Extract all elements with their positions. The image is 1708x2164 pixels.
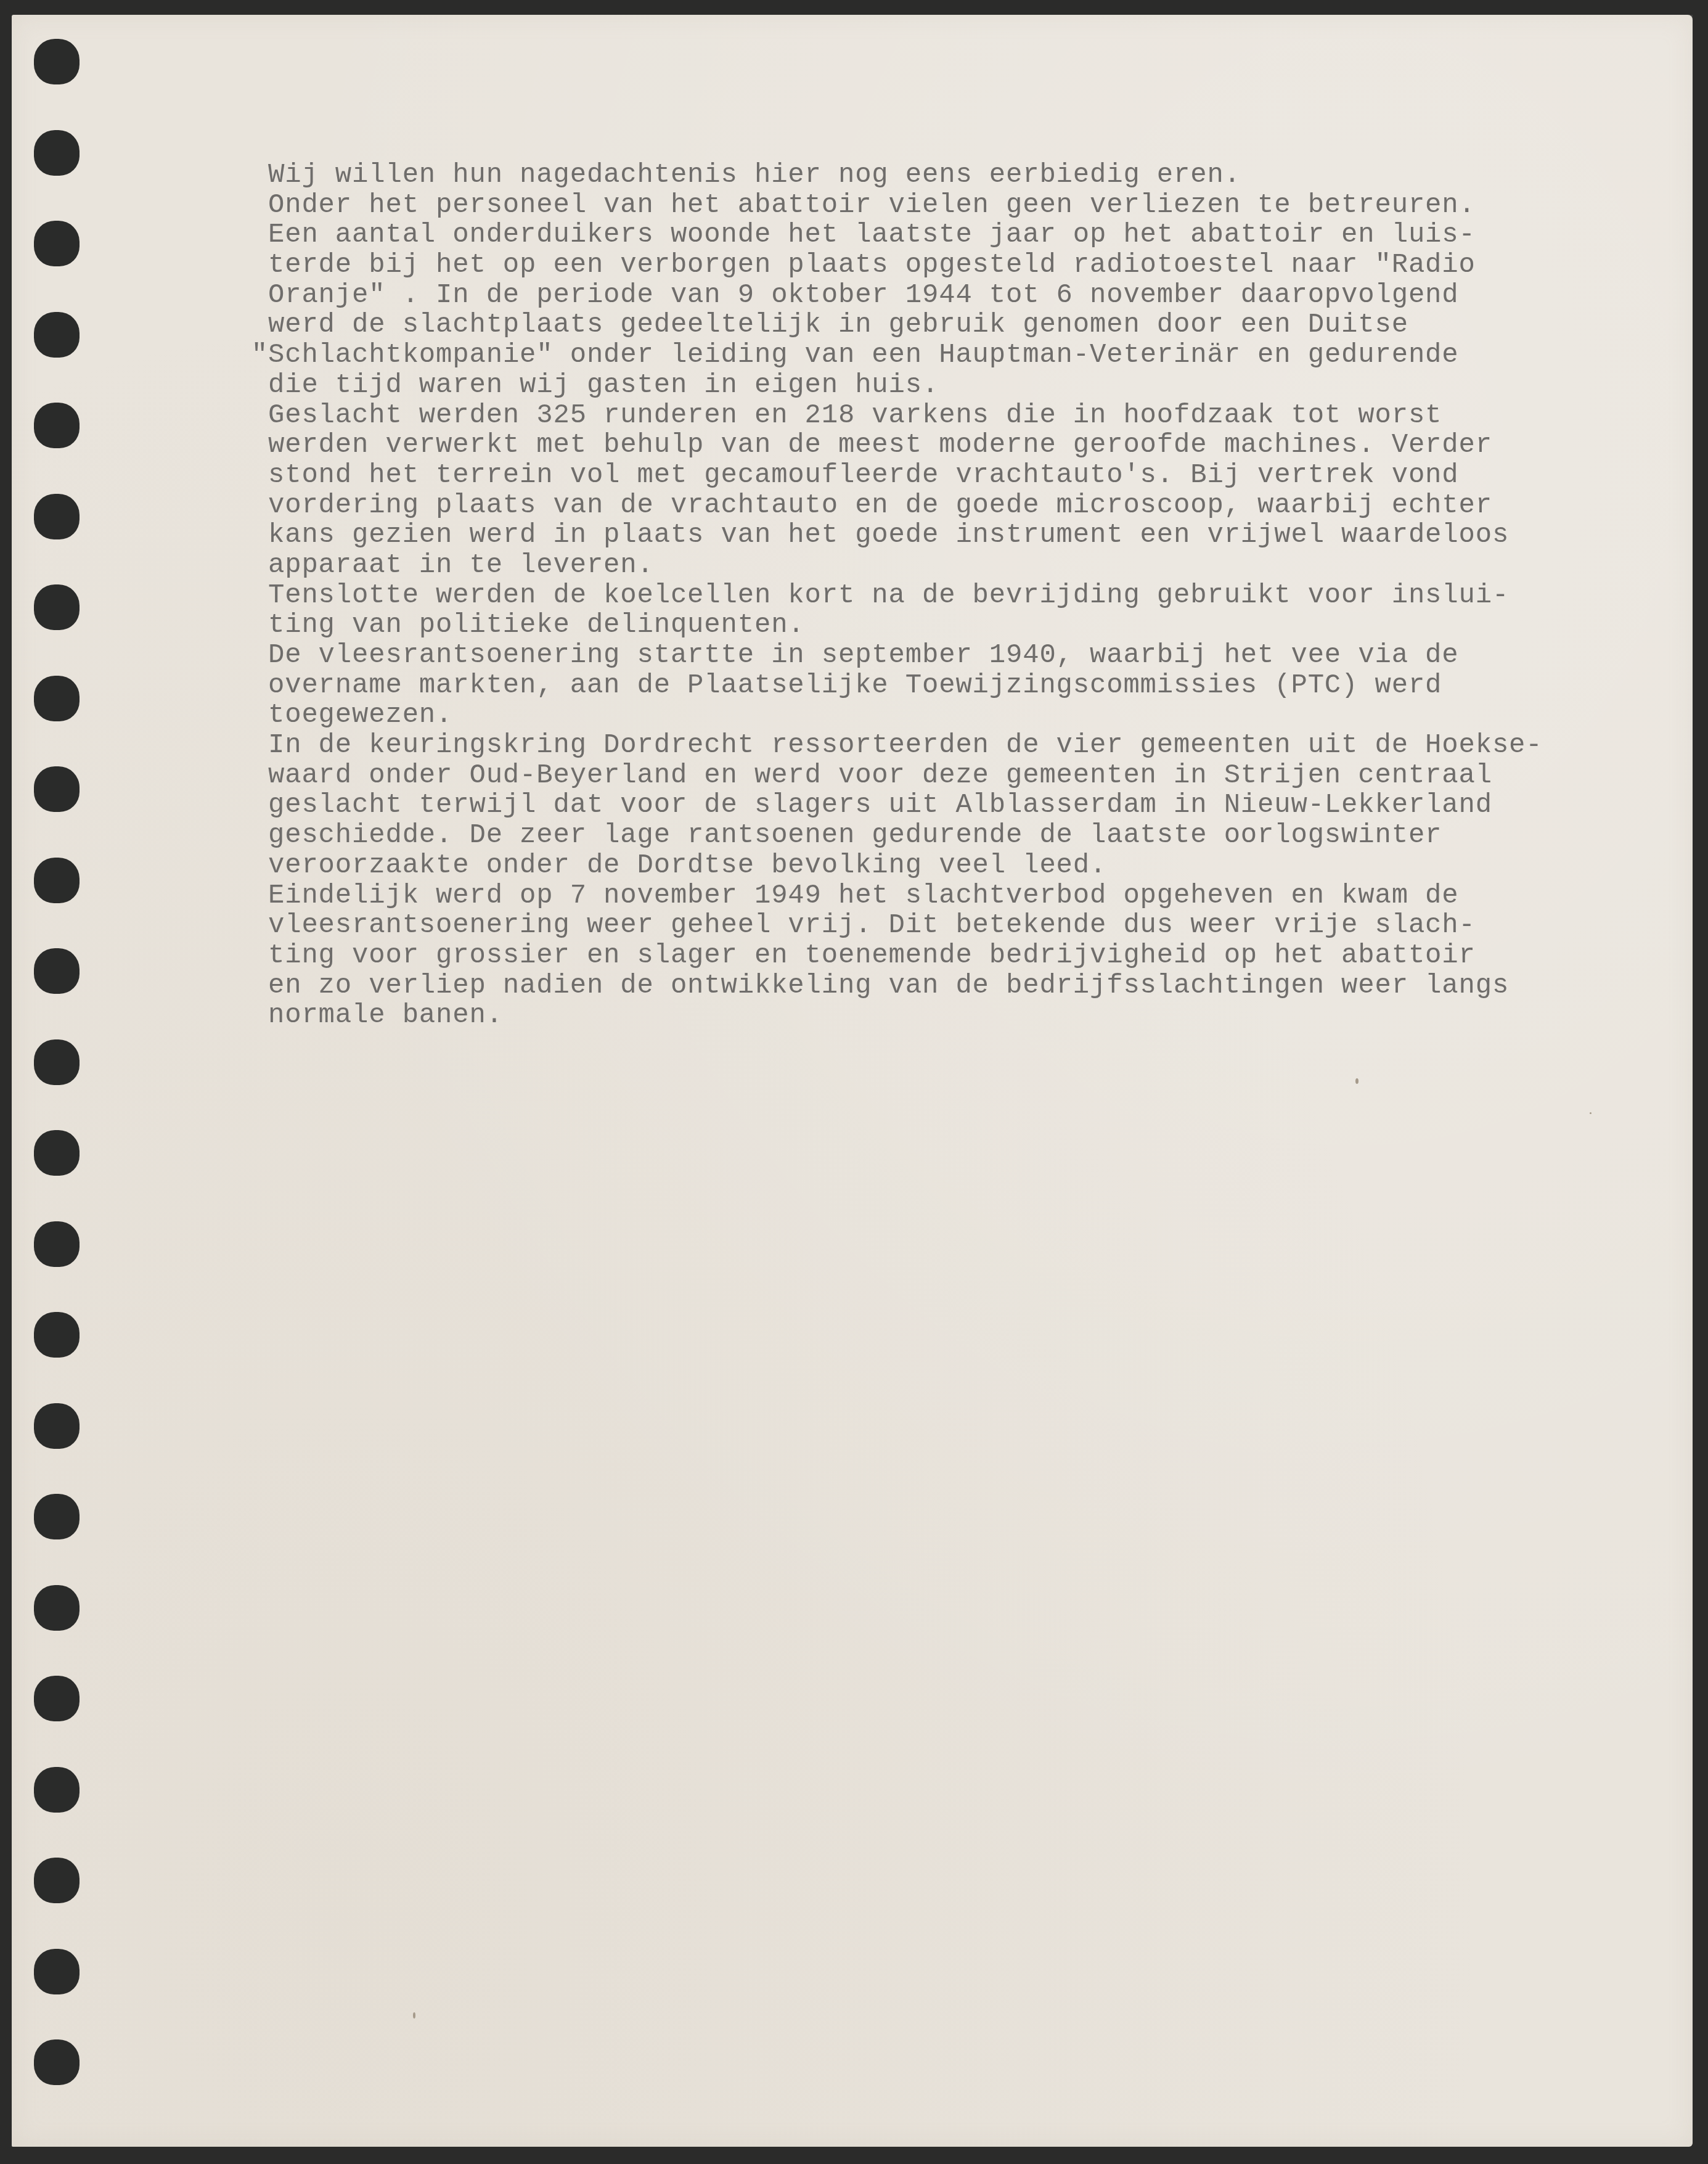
text-line: Een aantal onderduikers woonde het laats… [268, 220, 1543, 250]
punch-hole [34, 858, 80, 903]
text-line: werd de slachtplaats gedeeltelijk in geb… [268, 310, 1543, 340]
text-line: terde bij het op een verborgen plaats op… [268, 250, 1543, 281]
typed-text-body: Wij willen hun nagedachtenis hier nog ee… [268, 160, 1543, 1031]
punch-hole [34, 1312, 80, 1358]
punch-hole [34, 312, 80, 358]
punch-hole [34, 494, 80, 539]
text-line: ting voor grossier en slager en toenemen… [268, 941, 1543, 971]
text-line: ting van politieke delinquenten. [268, 610, 1543, 641]
punch-hole [34, 1494, 80, 1539]
punch-hole [34, 39, 80, 84]
text-line: die tijd waren wij gasten in eigen huis. [268, 371, 1543, 401]
text-line: werden verwerkt met behulp van de meest … [268, 430, 1543, 461]
text-line: geslacht terwijl dat voor de slagers uit… [268, 790, 1543, 821]
text-line: Geslacht werden 325 runderen en 218 vark… [268, 401, 1543, 431]
text-line: De vleesrantsoenering startte in septemb… [268, 641, 1543, 671]
punch-hole [34, 130, 80, 176]
text-line: apparaat in te leveren. [268, 551, 1543, 581]
text-line: Tenslotte werden de koelcellen kort na d… [268, 581, 1543, 611]
paper-speck [413, 2012, 415, 2019]
punch-hole [34, 221, 80, 266]
text-line: stond het terrein vol met gecamoufleerde… [268, 461, 1543, 491]
punch-hole [34, 1676, 80, 1721]
punch-hole [34, 676, 80, 721]
punch-hole [34, 1858, 80, 1903]
text-line: toegewezen. [268, 700, 1543, 731]
punch-hole [34, 403, 80, 448]
text-line: vleesrantsoenering weer geheel vrij. Dit… [268, 911, 1543, 941]
punch-hole [34, 1585, 80, 1631]
punch-hole [34, 766, 80, 812]
punch-hole [34, 584, 80, 630]
text-line: Wij willen hun nagedachtenis hier nog ee… [268, 160, 1543, 191]
text-line: Onder het personeel van het abattoir vie… [268, 191, 1543, 221]
paper-speck [1355, 1078, 1359, 1084]
text-line: waard onder Oud-Beyerland en werd voor d… [268, 761, 1543, 791]
typewritten-page: Wij willen hun nagedachtenis hier nog ee… [12, 15, 1693, 2147]
text-line: geschiedde. De zeer lage rantsoenen gedu… [268, 821, 1543, 851]
text-line: overname markten, aan de Plaatselijke To… [268, 671, 1543, 701]
text-line: Oranje" . In de periode van 9 oktober 19… [268, 281, 1543, 311]
punch-hole [34, 2039, 80, 2085]
text-line: In de keuringskring Dordrecht ressorteer… [268, 731, 1543, 761]
text-line: veroorzaakte onder de Dordtse bevolking … [268, 851, 1543, 881]
punch-hole [34, 1403, 80, 1449]
text-line: en zo verliep nadien de ontwikkeling van… [268, 971, 1543, 1001]
punch-hole [34, 1130, 80, 1176]
text-line: kans gezien werd in plaats van het goede… [268, 520, 1543, 551]
text-line: Eindelijk werd op 7 november 1949 het sl… [268, 881, 1543, 911]
punch-hole [34, 1039, 80, 1085]
punch-hole [34, 1949, 80, 1994]
punch-hole [34, 948, 80, 994]
punch-hole [34, 1221, 80, 1267]
punch-hole-column [12, 15, 135, 2147]
text-line: vordering plaats van de vrachtauto en de… [268, 491, 1543, 521]
paper-speck [1590, 1112, 1592, 1114]
text-line: "Schlachtkompanie" onder leiding van een… [251, 340, 1543, 371]
punch-hole [34, 1767, 80, 1813]
text-line: normale banen. [268, 1001, 1543, 1031]
